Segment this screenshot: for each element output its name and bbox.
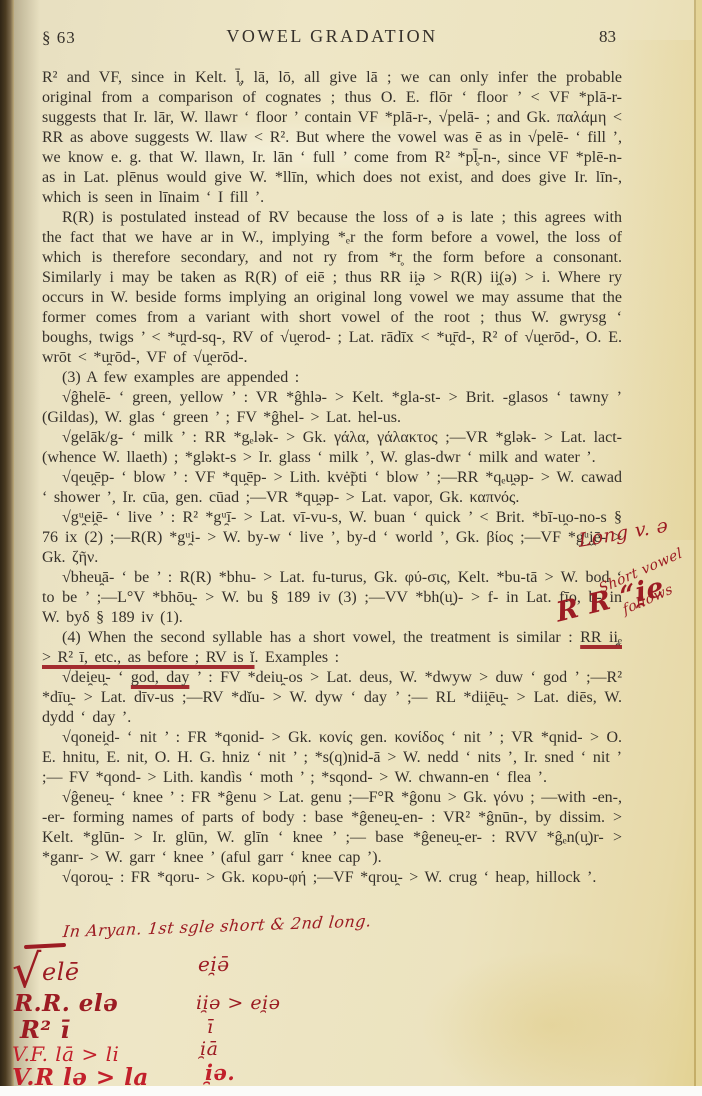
paragraph: √ĝhelē- ‘ green, yellow ’ : VR *ĝhlə- > … [42,388,622,428]
text-segment: √ĝhelē- ‘ green, yellow ’ : VR *ĝhlə- > … [42,389,622,426]
paragraph: √dei̯eu̯- ‘ god, day ’ : FV *deiu̯-os > … [42,668,622,728]
page-header: § 63 VOWEL GRADATION 83 [42,26,622,52]
footnote-row-5-grade: V.R lə > la [12,1064,149,1091]
book-spine-edge [0,0,14,1086]
text-segment: √dei̯eu̯- ‘ [62,669,131,686]
text-segment: R² and VF, since in Kelt. l̥̄, lā, lō, a… [42,69,622,206]
paragraph: R² and VF, since in Kelt. l̥̄, lā, lō, a… [42,68,622,208]
text-segment: R(R) is postulated instead of RV because… [42,209,622,366]
paragraph: (3) A few examples are appended : [42,368,622,388]
paragraph: √gelāk/g- ‘ milk ’ : RR *gₑlək- > Gk. γά… [42,428,622,468]
page-content: § 63 VOWEL GRADATION 83 R² and VF, since… [42,26,622,888]
paragraph: √qeu̯ēp- ‘ blow ’ : VF *qu̯ēp- > Lith. k… [42,468,622,508]
scanned-book-page: § 63 VOWEL GRADATION 83 R² and VF, since… [0,0,702,1096]
text-segment: (4) When the second syllable has a short… [62,629,580,646]
page-edge-column [696,0,702,1086]
footnote-row-4-value: i̯ā [200,1038,218,1060]
paragraph: √qonei̯d- ‘ nit ’ : FR *qonid- > Gk. κον… [42,728,622,788]
red-underlined-text: god, day [131,669,189,686]
paragraph: √gᵘ̯ei̯ē- ‘ live ’ : R² *gᵘ̯ī- > Lat. vī… [42,508,622,568]
footnote-row-1-value: ei̯ə̄ [198,952,230,976]
text-segment: (3) A few examples are appended : [62,369,299,386]
text-segment: √bheu̯ā- ‘ be ’ : R(R) *bhu- > Lat. fu-t… [42,569,622,626]
page-title: VOWEL GRADATION [42,26,622,47]
text-segment: √qeu̯ēp- ‘ blow ’ : VF *qu̯ēp- > Lith. k… [42,469,622,506]
paragraph: √ĝeneu̯- ‘ knee ’ : FR *ĝenu > Lat. genu… [42,788,622,868]
footnote-row-4-grade: V.F. lā > li [12,1042,119,1066]
footnote-row-3-grade: R² ī [20,1015,70,1044]
text-segment: √gᵘ̯ei̯ē- ‘ live ’ : R² *gᵘ̯ī- > Lat. vī… [42,509,622,566]
paragraph: R(R) is postulated instead of RV because… [42,208,622,368]
paragraph: √bheu̯ā- ‘ be ’ : R(R) *bhu- > Lat. fu-t… [42,568,622,628]
spine-shadow [14,0,40,1086]
page-number: 83 [599,27,616,47]
paragraph: (4) When the second syllable has a short… [42,628,622,668]
footer-heading: In Aryan. 1st sgle short & 2nd long. [62,911,373,941]
footnote-row-5-value: i̯ə. [205,1060,235,1085]
footnote-row-2-value: ii̯ə > ei̯ə [196,992,280,1014]
page-text: R² and VF, since in Kelt. l̥̄, lā, lō, a… [42,68,622,888]
footnote-row-3-value: ī [207,1016,214,1038]
text-segment: √ĝeneu̯- ‘ knee ’ : FR *ĝenu > Lat. genu… [42,789,622,866]
footnote-row-1-grade: elē [42,958,80,986]
text-segment: √gelāk/g- ‘ milk ’ : RR *gₑlək- > Gk. γά… [42,429,622,466]
text-segment: √qorou̯- : FR *qoru- > Gk. κορυ-φή ;—VF … [62,869,596,886]
text-segment: √qonei̯d- ‘ nit ’ : FR *qonid- > Gk. κον… [42,729,622,786]
paper-stain [420,950,680,1096]
text-segment: . Examples : [255,649,340,666]
footnote-row-2-grade: R.R. elə [14,990,118,1017]
paragraph: √qorou̯- : FR *qoru- > Gk. κορυ-φή ;—VF … [42,868,622,888]
